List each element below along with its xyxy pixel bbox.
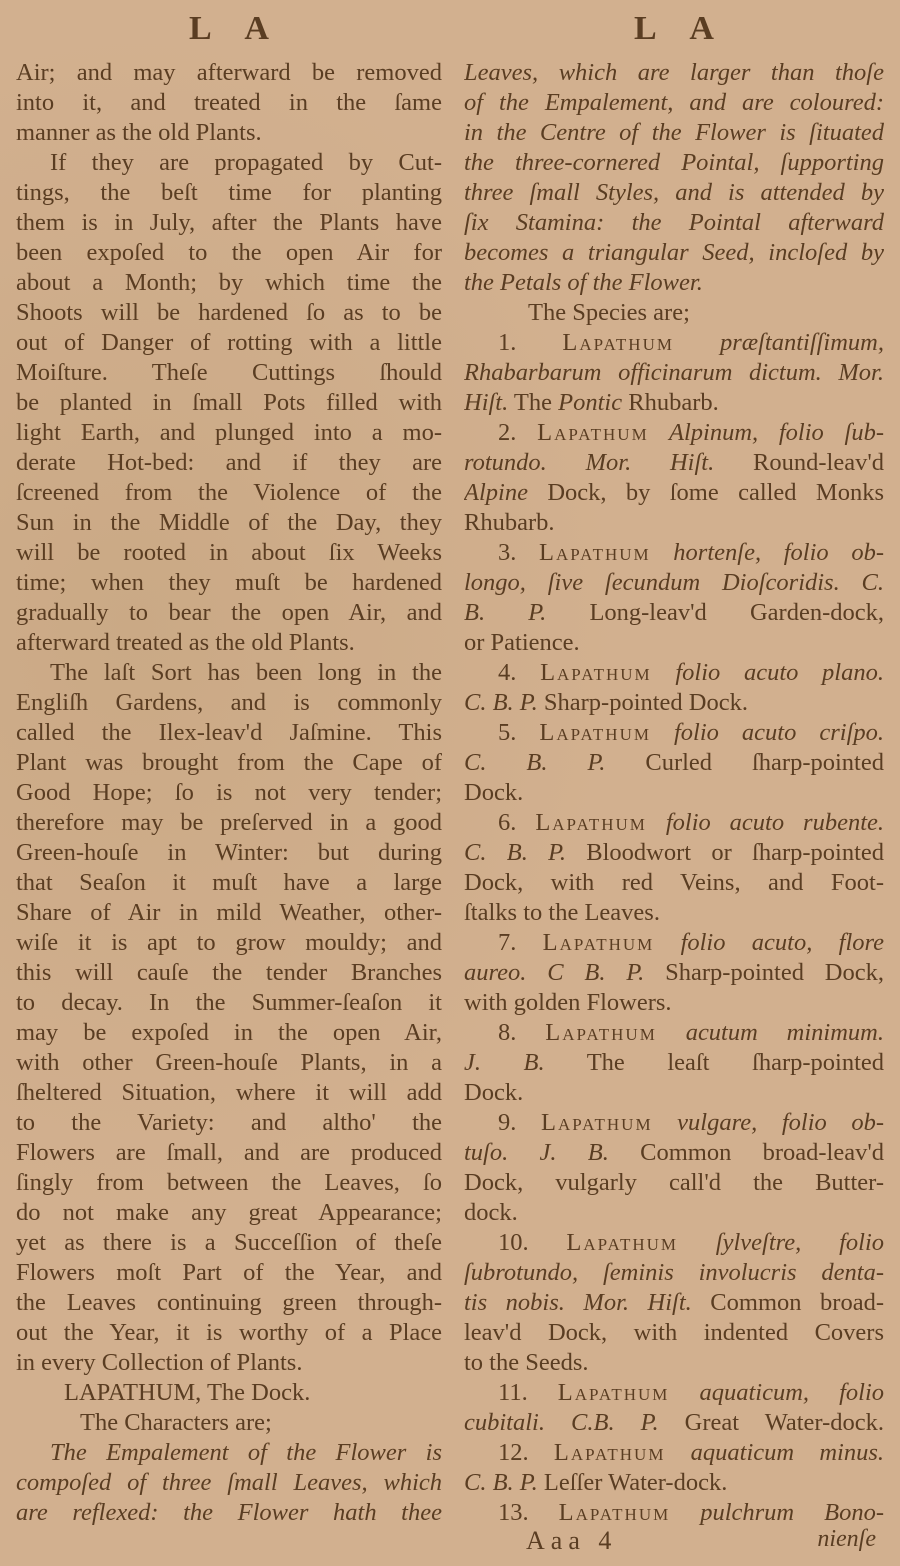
text-line: Air; and may afterward be removed [16, 58, 442, 88]
text-line: afterward treated as the old Plants. [16, 628, 442, 658]
latin-name: ſubrotundo, ſeminis involucris denta- [464, 1258, 884, 1288]
running-head-right: L A [464, 0, 884, 58]
common-name: Curled ſharp-pointed [605, 749, 884, 776]
species-number: 8. [498, 1019, 545, 1046]
latin-ref: Hiſt. [464, 389, 508, 416]
latin-name: folio acuto plano. [652, 659, 884, 686]
species-heading: The Species are; [464, 298, 884, 328]
latin-name: folio acuto, flore [654, 929, 884, 956]
latin-name: hortenſe, folio ob- [651, 539, 884, 566]
text-line: light Earth, and plunged into a mo- [16, 418, 442, 448]
text-line: Plant was brought from the Cape of [16, 748, 442, 778]
text-line: wiſe it is apt to grow mouldy; and [16, 928, 442, 958]
text-line: to the Variety: and altho' the [16, 1108, 442, 1138]
genus-name: Lapathum [562, 329, 674, 356]
species-number: 10. [498, 1229, 566, 1256]
common-name: Round-leav'd [714, 449, 884, 476]
text-line: Rhubarb. [464, 508, 884, 538]
text-line: Green-houſe in Winter: but during [16, 838, 442, 868]
text-with-july: them is in July, after the Plants have [16, 209, 442, 236]
species-number: 3. [498, 539, 539, 566]
text-line: Share of Air in mild Weather, other- [16, 898, 442, 928]
latin-ref: tis nobis. Mor. Hiſt. [464, 1289, 692, 1316]
latin-ref: J. B. [464, 1049, 545, 1076]
latin-ref: C. B. P. [464, 749, 605, 776]
characters-text: the three-cornered Pointal, ſupporting [464, 148, 884, 178]
genus-heading: LAPATHUM, The Dock. [16, 1378, 442, 1408]
species-9: 9. Lapathum vulgare, folio ob- [464, 1108, 884, 1138]
characters-text: in the Centre of the Flower is ſituated [464, 118, 884, 148]
text-line: yet as there is a Succeſſion of theſe [16, 1228, 442, 1258]
text-line: derate Hot-bed: and if they are [16, 448, 442, 478]
text-line: Flowers are ſmall, and are produced [16, 1138, 442, 1168]
text-line: Dock, with red Veins, and Foot- [464, 868, 884, 898]
genus-name: Lapathum [541, 1109, 653, 1136]
latin-name: acutum minimum. [657, 1019, 884, 1046]
common-name: Dock, by ſome called Monks [528, 479, 884, 506]
species-10: 10. Lapathum ſylveſtre, folio [464, 1228, 884, 1258]
text-line: will be rooted in about ſix Weeks [16, 538, 442, 568]
text-line: this will cauſe the tender Branches [16, 958, 442, 988]
text-line: ſheltered Situation, where it will add [16, 1078, 442, 1108]
latin-ref: B. P. [464, 599, 546, 626]
latin-name: Alpinum, folio ſub- [649, 419, 884, 446]
text-line: C. B. P. Bloodwort or ſharp-pointed [464, 838, 884, 868]
text-line: manner as the old Plants. [16, 118, 442, 148]
species-12: 12. Lapathum aquaticum minus. [464, 1438, 884, 1468]
text-line: Shoots will be hardened ſo as to be [16, 298, 442, 328]
species-number: 5. [498, 719, 539, 746]
text-line: may be expoſed in the open Air, [16, 1018, 442, 1048]
right-column: L A Leaves, which are larger than thoſe … [464, 0, 884, 1528]
genus-name: Lapathum [566, 1229, 678, 1256]
species-2: 2. Lapathum Alpinum, folio ſub- [464, 418, 884, 448]
text-line: Moiſture. Theſe Cuttings ſhould [16, 358, 442, 388]
genus-name: Lapathum [559, 1499, 671, 1526]
species-11: 11. Lapathum aquaticum, folio [464, 1378, 884, 1408]
common-name: Common broad-leav'd [609, 1139, 884, 1166]
latin-name: præſtantiſſimum, [674, 329, 884, 356]
text-line: gradually to bear the open Air, and [16, 598, 442, 628]
characters-text: the Petals of the Flower. [464, 268, 884, 298]
text-line: Sun in the Middle of the Day, they [16, 508, 442, 538]
text-line: with other Green-houſe Plants, in a [16, 1048, 442, 1078]
latin-name: vulgare, folio ob- [653, 1109, 884, 1136]
latin-ref: cubitali. C.B. P. [464, 1409, 659, 1436]
species-6: 6. Lapathum folio acuto rubente. [464, 808, 884, 838]
text-line: therefore may be preſerved in a good [16, 808, 442, 838]
text-line: J. B. The leaſt ſharp-pointed [464, 1048, 884, 1078]
text-line: Hiſt. The Pontic Rhubarb. [464, 388, 884, 418]
text-line: to the Seeds. [464, 1348, 884, 1378]
species-number: 11. [498, 1379, 558, 1406]
text-line: be planted in ſmall Pots filled with [16, 388, 442, 418]
latin-ref: C. B. P. [464, 1469, 538, 1496]
species-1: 1. Lapathum præſtantiſſimum, [464, 328, 884, 358]
text-line: Flowers moſt Part of the Year, and [16, 1258, 442, 1288]
text-line: ſtalks to the Leaves. [464, 898, 884, 928]
signature-mark: Aaa 4 [526, 1526, 617, 1556]
text-line: Dock. [464, 1078, 884, 1108]
genus-name: Lapathum [540, 659, 652, 686]
latin-name: ſylveſtre, folio [678, 1229, 884, 1256]
latin-word: Alpine [464, 479, 528, 506]
species-number: 4. [498, 659, 540, 686]
text-line: C. B. P. Leſſer Water-dock. [464, 1468, 884, 1498]
latin-ref: aureo. C B. P. [464, 959, 644, 986]
text-line: about a Month; by which time the [16, 268, 442, 298]
text-line: into it, and treated in the ſame [16, 88, 442, 118]
species-3: 3. Lapathum hortenſe, folio ob- [464, 538, 884, 568]
text-line: Dock, vulgarly call'd the Butter- [464, 1168, 884, 1198]
common-name: Long-leav'd Garden-dock, [546, 599, 884, 626]
latin-name: folio acuto rubente. [647, 809, 884, 836]
species-number: 9. [498, 1109, 541, 1136]
genus-name: Lapathum [539, 719, 651, 746]
common-name: Leſſer Water-dock. [538, 1469, 728, 1496]
latin-name: pulchrum Bono- [670, 1499, 884, 1526]
characters-text: Leaves, which are larger than thoſe [464, 58, 884, 88]
text-line: tuſo. J. B. Common broad-leav'd [464, 1138, 884, 1168]
text-line: B. P. Long-leav'd Garden-dock, [464, 598, 884, 628]
characters-text: ſix Stamina: the Pointal afterward [464, 208, 884, 238]
text-line: tings, the beſt time for planting [16, 178, 442, 208]
genus-name: Lapathum [545, 1019, 657, 1046]
paragraph-start: If they are propagated by Cut- [16, 148, 442, 178]
text-line: out the Year, it is worthy of a Place [16, 1318, 442, 1348]
text-line: been expoſed to the open Air for [16, 238, 442, 268]
text-line: tis nobis. Mor. Hiſt. Common broad- [464, 1288, 884, 1318]
genus-name: Lapathum [554, 1439, 666, 1466]
paragraph-start: The laſt Sort has been long in the [16, 658, 442, 688]
latin-word: Pontic [558, 389, 622, 416]
genus-name: Lapathum [535, 809, 647, 836]
text-line: that Seaſon it muſt have a large [16, 868, 442, 898]
left-column: L A Air; and may afterward be removed in… [16, 0, 442, 1528]
species-4: 4. Lapathum folio acuto plano. [464, 658, 884, 688]
text-line: with golden Flowers. [464, 988, 884, 1018]
genus-name: Lapathum [543, 929, 655, 956]
text-line: ſcreened from the Violence of the [16, 478, 442, 508]
text-line: rotundo. Mor. Hiſt. Round-leav'd [464, 448, 884, 478]
species-number: 2. [498, 419, 537, 446]
characters-text: The Empalement of the Flower is [16, 1438, 442, 1468]
genus-name: Lapathum [539, 539, 651, 566]
catchword: nienſe [817, 1526, 876, 1553]
latin-name: folio acuto criſpo. [651, 719, 884, 746]
text-line: ſingly from between the Leaves, ſo [16, 1168, 442, 1198]
species-number: 1. [498, 329, 562, 356]
text-line: to decay. In the Summer-ſeaſon it [16, 988, 442, 1018]
species-8: 8. Lapathum acutum minimum. [464, 1018, 884, 1048]
running-head-left: L A [16, 0, 442, 58]
characters-text: are reflexed: the Flower hath thee [16, 1498, 442, 1528]
species-7: 7. Lapathum folio acuto, flore [464, 928, 884, 958]
genus-name: Lapathum [537, 419, 649, 446]
text-line: Alpine Dock, by ſome called Monks [464, 478, 884, 508]
species-number: 13. [498, 1499, 559, 1526]
text-line: called the Ilex-leav'd Jaſmine. This [16, 718, 442, 748]
latin-ref: rotundo. Mor. Hiſt. [464, 449, 714, 476]
text-line: do not make any great Appearance; [16, 1198, 442, 1228]
text-line: Good Hope; ſo is not very tender; [16, 778, 442, 808]
common-name: Sharp-pointed Dock, [644, 959, 884, 986]
text-line: the Leaves continuing green through- [16, 1288, 442, 1318]
common-name: Bloodwort or ſharp-pointed [566, 839, 884, 866]
text: The [508, 389, 558, 416]
text-line: Dock. [464, 778, 884, 808]
text-line: aureo. C B. P. Sharp-pointed Dock, [464, 958, 884, 988]
text-line: in every Collection of Plants. [16, 1348, 442, 1378]
species-number: 12. [498, 1439, 554, 1466]
characters-heading: The Characters are; [16, 1408, 442, 1438]
text-line: time; when they muſt be hardened [16, 568, 442, 598]
characters-text: becomes a triangular Seed, incloſed by [464, 238, 884, 268]
latin-name: longo, ſive ſecundum Dioſcoridis. C. [464, 568, 884, 598]
characters-text: three ſmall Styles, and is attended by [464, 178, 884, 208]
common-name: Rhubarb. [622, 389, 719, 416]
text-line: leav'd Dock, with indented Covers [464, 1318, 884, 1348]
characters-text: compoſed of three ſmall Leaves, which [16, 1468, 442, 1498]
text-line: dock. [464, 1198, 884, 1228]
text-line: C. B. P. Sharp-pointed Dock. [464, 688, 884, 718]
text-line: or Patience. [464, 628, 884, 658]
text-line: cubitali. C.B. P. Great Water-dock. [464, 1408, 884, 1438]
latin-ref: C. B. P. [464, 689, 538, 716]
common-name: Great Water-dock. [659, 1409, 884, 1436]
text-line: out of Danger of rotting with a little [16, 328, 442, 358]
species-13: 13. Lapathum pulchrum Bono- [464, 1498, 884, 1528]
text-line: C. B. P. Curled ſharp-pointed [464, 748, 884, 778]
latin-name: aquaticum minus. [665, 1439, 884, 1466]
latin-name: aquaticum, folio [669, 1379, 884, 1406]
latin-ref: tuſo. J. B. [464, 1139, 609, 1166]
species-number: 6. [498, 809, 535, 836]
species-number: 7. [498, 929, 543, 956]
genus-name: Lapathum [558, 1379, 670, 1406]
species-5: 5. Lapathum folio acuto criſpo. [464, 718, 884, 748]
text-line: Engliſh Gardens, and is commonly [16, 688, 442, 718]
common-name: Common broad- [692, 1289, 884, 1316]
book-page: L A Air; and may afterward be removed in… [0, 0, 900, 1566]
characters-text: of the Empalement, and are coloured: [464, 88, 884, 118]
common-name: The leaſt ſharp-pointed [545, 1049, 884, 1076]
common-name: Sharp-pointed Dock. [538, 689, 748, 716]
latin-ref: C. B. P. [464, 839, 566, 866]
latin-name: Rhabarbarum officinarum dictum. Mor. [464, 358, 884, 388]
text-line: them is in July, after the Plants have [16, 208, 442, 238]
